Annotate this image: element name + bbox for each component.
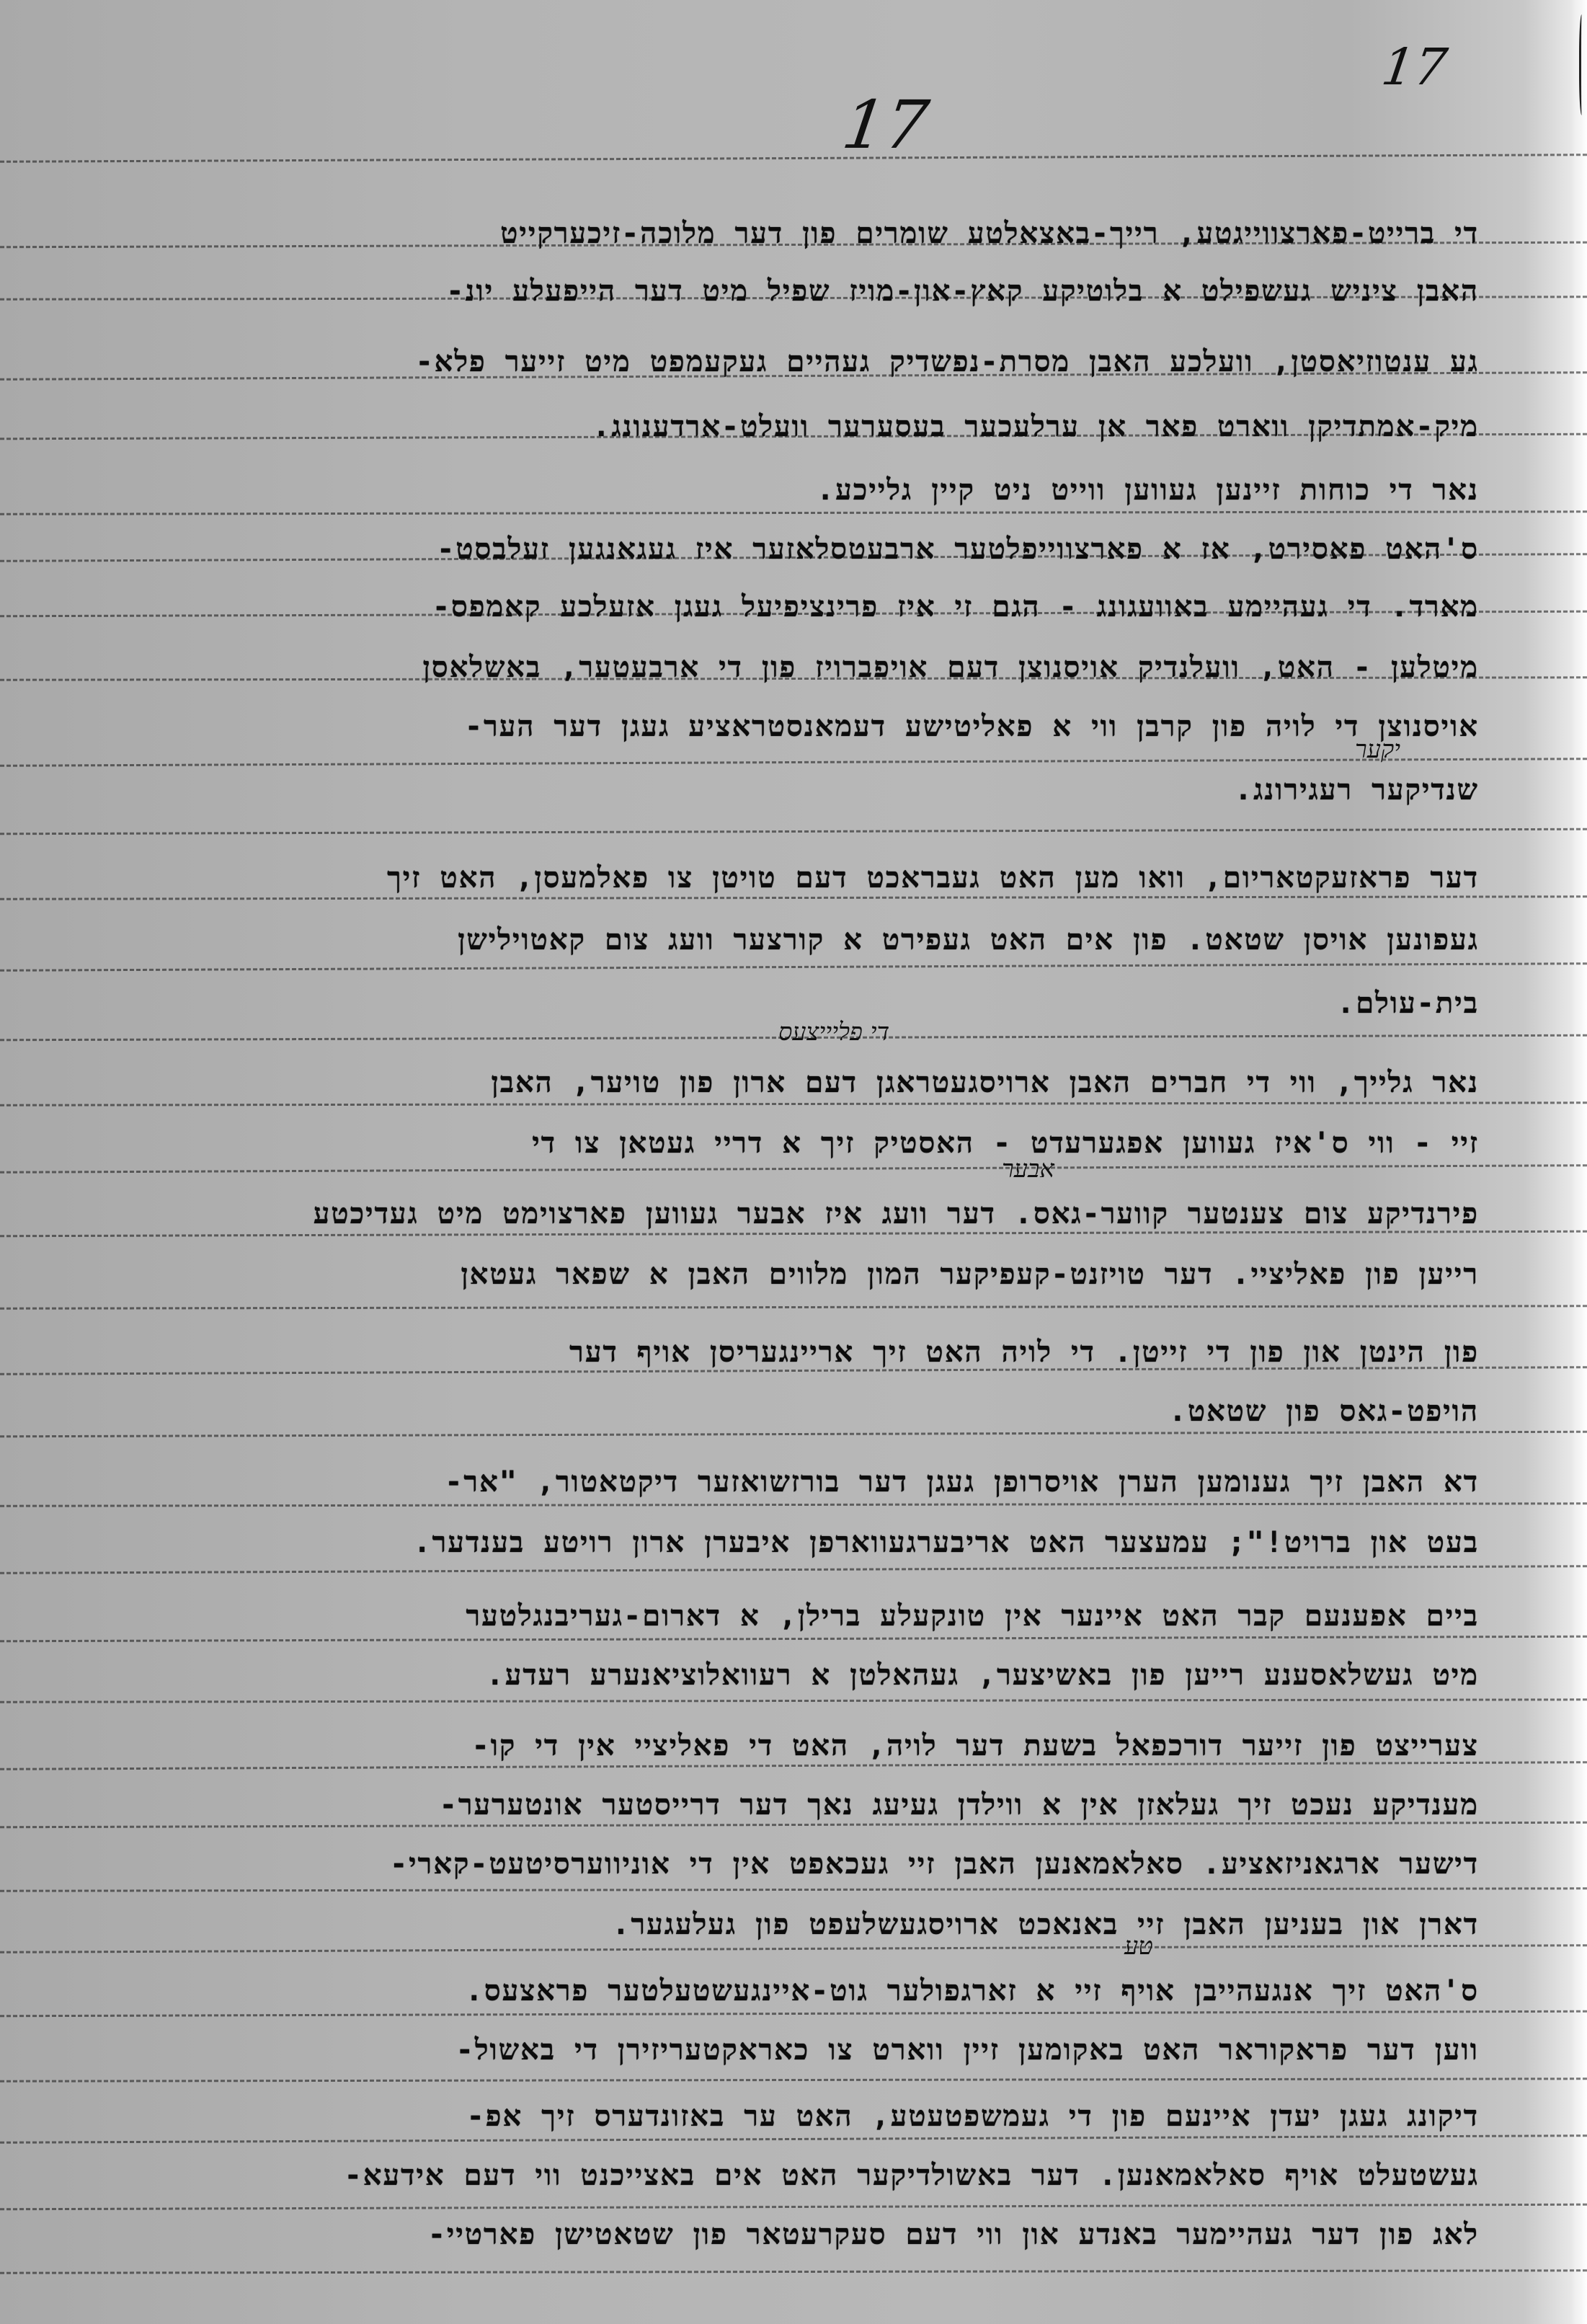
page-number-handwritten-corner: 17 [1378,37,1451,97]
ruled-line [0,2269,1587,2274]
ruled-line [0,1822,1587,1829]
ruled-line [0,962,1587,972]
text-line: מיק-אמתדיקן ווארט פאר אן ערלעכער בעסערער… [592,409,1479,443]
document-page: 17 17 די ברייט-פארצווייגטע, רייך-באצאלטע… [0,0,1587,2324]
ruled-line [0,2077,1587,2082]
handwritten-annotation: אבער [1002,1155,1054,1184]
ruled-line [0,1230,1587,1238]
ruled-line [0,1431,1587,1438]
text-line: צערייצט פון זייער דורכפאל בשעת דער לויה,… [472,1729,1479,1762]
ruled-line [0,2134,1587,2144]
text-line: לאג פון דער געהיימער באנדע און ווי דעם ס… [428,2217,1479,2251]
ruled-line [0,758,1587,767]
ruled-line [0,1502,1587,1507]
page-number-handwritten-center: 17 [837,87,933,164]
text-line: רייען פון פאליציי. דער טויזנט-קעפיקער המ… [461,1257,1479,1291]
text-line: מיט געשלאסענע רייען פון באשיצער, געהאלטן… [486,1658,1479,1692]
ruled-line [0,1101,1587,1106]
text-line: שנדיקער רעגירונג. [1235,773,1479,807]
ruled-line [0,1565,1587,1574]
handwritten-annotation: די פליייצעס [778,1018,889,1047]
text-line: מיטלען - האט, וועלנדיק אויסנוצן דעם אויפ… [423,650,1479,684]
text-line: האבן ציניש געשפילט א בלוטיקע קאץ-און-מוי… [446,274,1479,308]
text-line: נאר די כוחות זיינען געווען ווייט ניט קיי… [817,473,1479,507]
text-line: גע ענטוזיאסטן, וועלכע האבן מסרת-נפשדיק ג… [416,345,1479,378]
ruled-line [0,2204,1587,2211]
text-line: דארן און בעניען האבן זיי באנאכט ארויסגעש… [612,1907,1479,1941]
ruled-line [0,154,1587,163]
text-line: אויסנוצן די לויה פון קרבן ווי א פאליטישע… [465,709,1479,743]
ruled-line [0,1698,1587,1703]
text-line: ס'האט זיך אנגעהייבן אויף זיי א זארגפולער… [466,1974,1479,2008]
ruled-line [0,1887,1587,1891]
text-line: ווען דער פראקוראר האט באקומען זיין ווארט… [456,2033,1479,2067]
ruled-line [0,1164,1587,1174]
text-line: הויפט-גאס פון שטאט. [1169,1394,1479,1428]
text-line: ס'האט פאסירט, אז א פארצווייפלטער ארבעטסל… [437,532,1479,566]
text-line: מענדיקע נעכט זיך געלאזן אין א ווילדן געי… [440,1788,1479,1822]
page-edge [1571,0,1587,2324]
handwritten-annotation: יקער [1355,735,1400,764]
page-edge-curl [1579,14,1586,115]
text-line: דיקונג געגן יעדן איינעם פון די געמשפטעטע… [467,2099,1479,2133]
text-line: דא האבן זיך גענומען הערן אויסרופן געגן ד… [445,1465,1479,1499]
text-line: דער פראזעקטאריום, וואו מען האט געבראכט ד… [387,861,1479,895]
handwritten-annotation: טע [1124,1932,1153,1961]
ruled-line [0,1761,1587,1770]
text-line: דישער ארגאניזאציע. סאלאמאנען האבן זיי גע… [390,1847,1479,1881]
text-line: בית-עולם. [1337,986,1479,1020]
text-line: נאר גלייך, ווי די חברים האבן ארויסגעטראג… [492,1065,1480,1099]
text-line: די ברייט-פארצווייגטע, רייך-באצאלטע שומרי… [500,216,1479,250]
text-line: פירנדיקע צום צענטער קווער-גאס. דער וועג … [314,1197,1479,1230]
ruled-line [0,895,1587,900]
text-line: בעט און ברויט!"; עמעצער האט אריבערגעוואר… [414,1525,1479,1559]
ruled-line [0,828,1587,835]
text-line: מארד. די געהיימע באוועגונג - הגם זי איז … [432,590,1479,624]
ruled-line [0,1944,1587,1953]
text-line: געפונען אויסן שטאט. פון אים האט געפירט א… [458,923,1479,957]
ruled-line [0,1636,1587,1643]
text-line: ביים אפענעם קבר האט איינער אין טונקעלע ב… [466,1599,1480,1633]
text-line: געשטעלט אויף סאלאמאנען. דער באשולדיקער ה… [344,2158,1479,2192]
text-line: פון הינטן און פון די זייטן. די לויה האט … [569,1335,1479,1369]
ruled-line [0,1305,1587,1309]
ruled-line [0,2010,1587,2018]
ruled-line [0,510,1587,515]
